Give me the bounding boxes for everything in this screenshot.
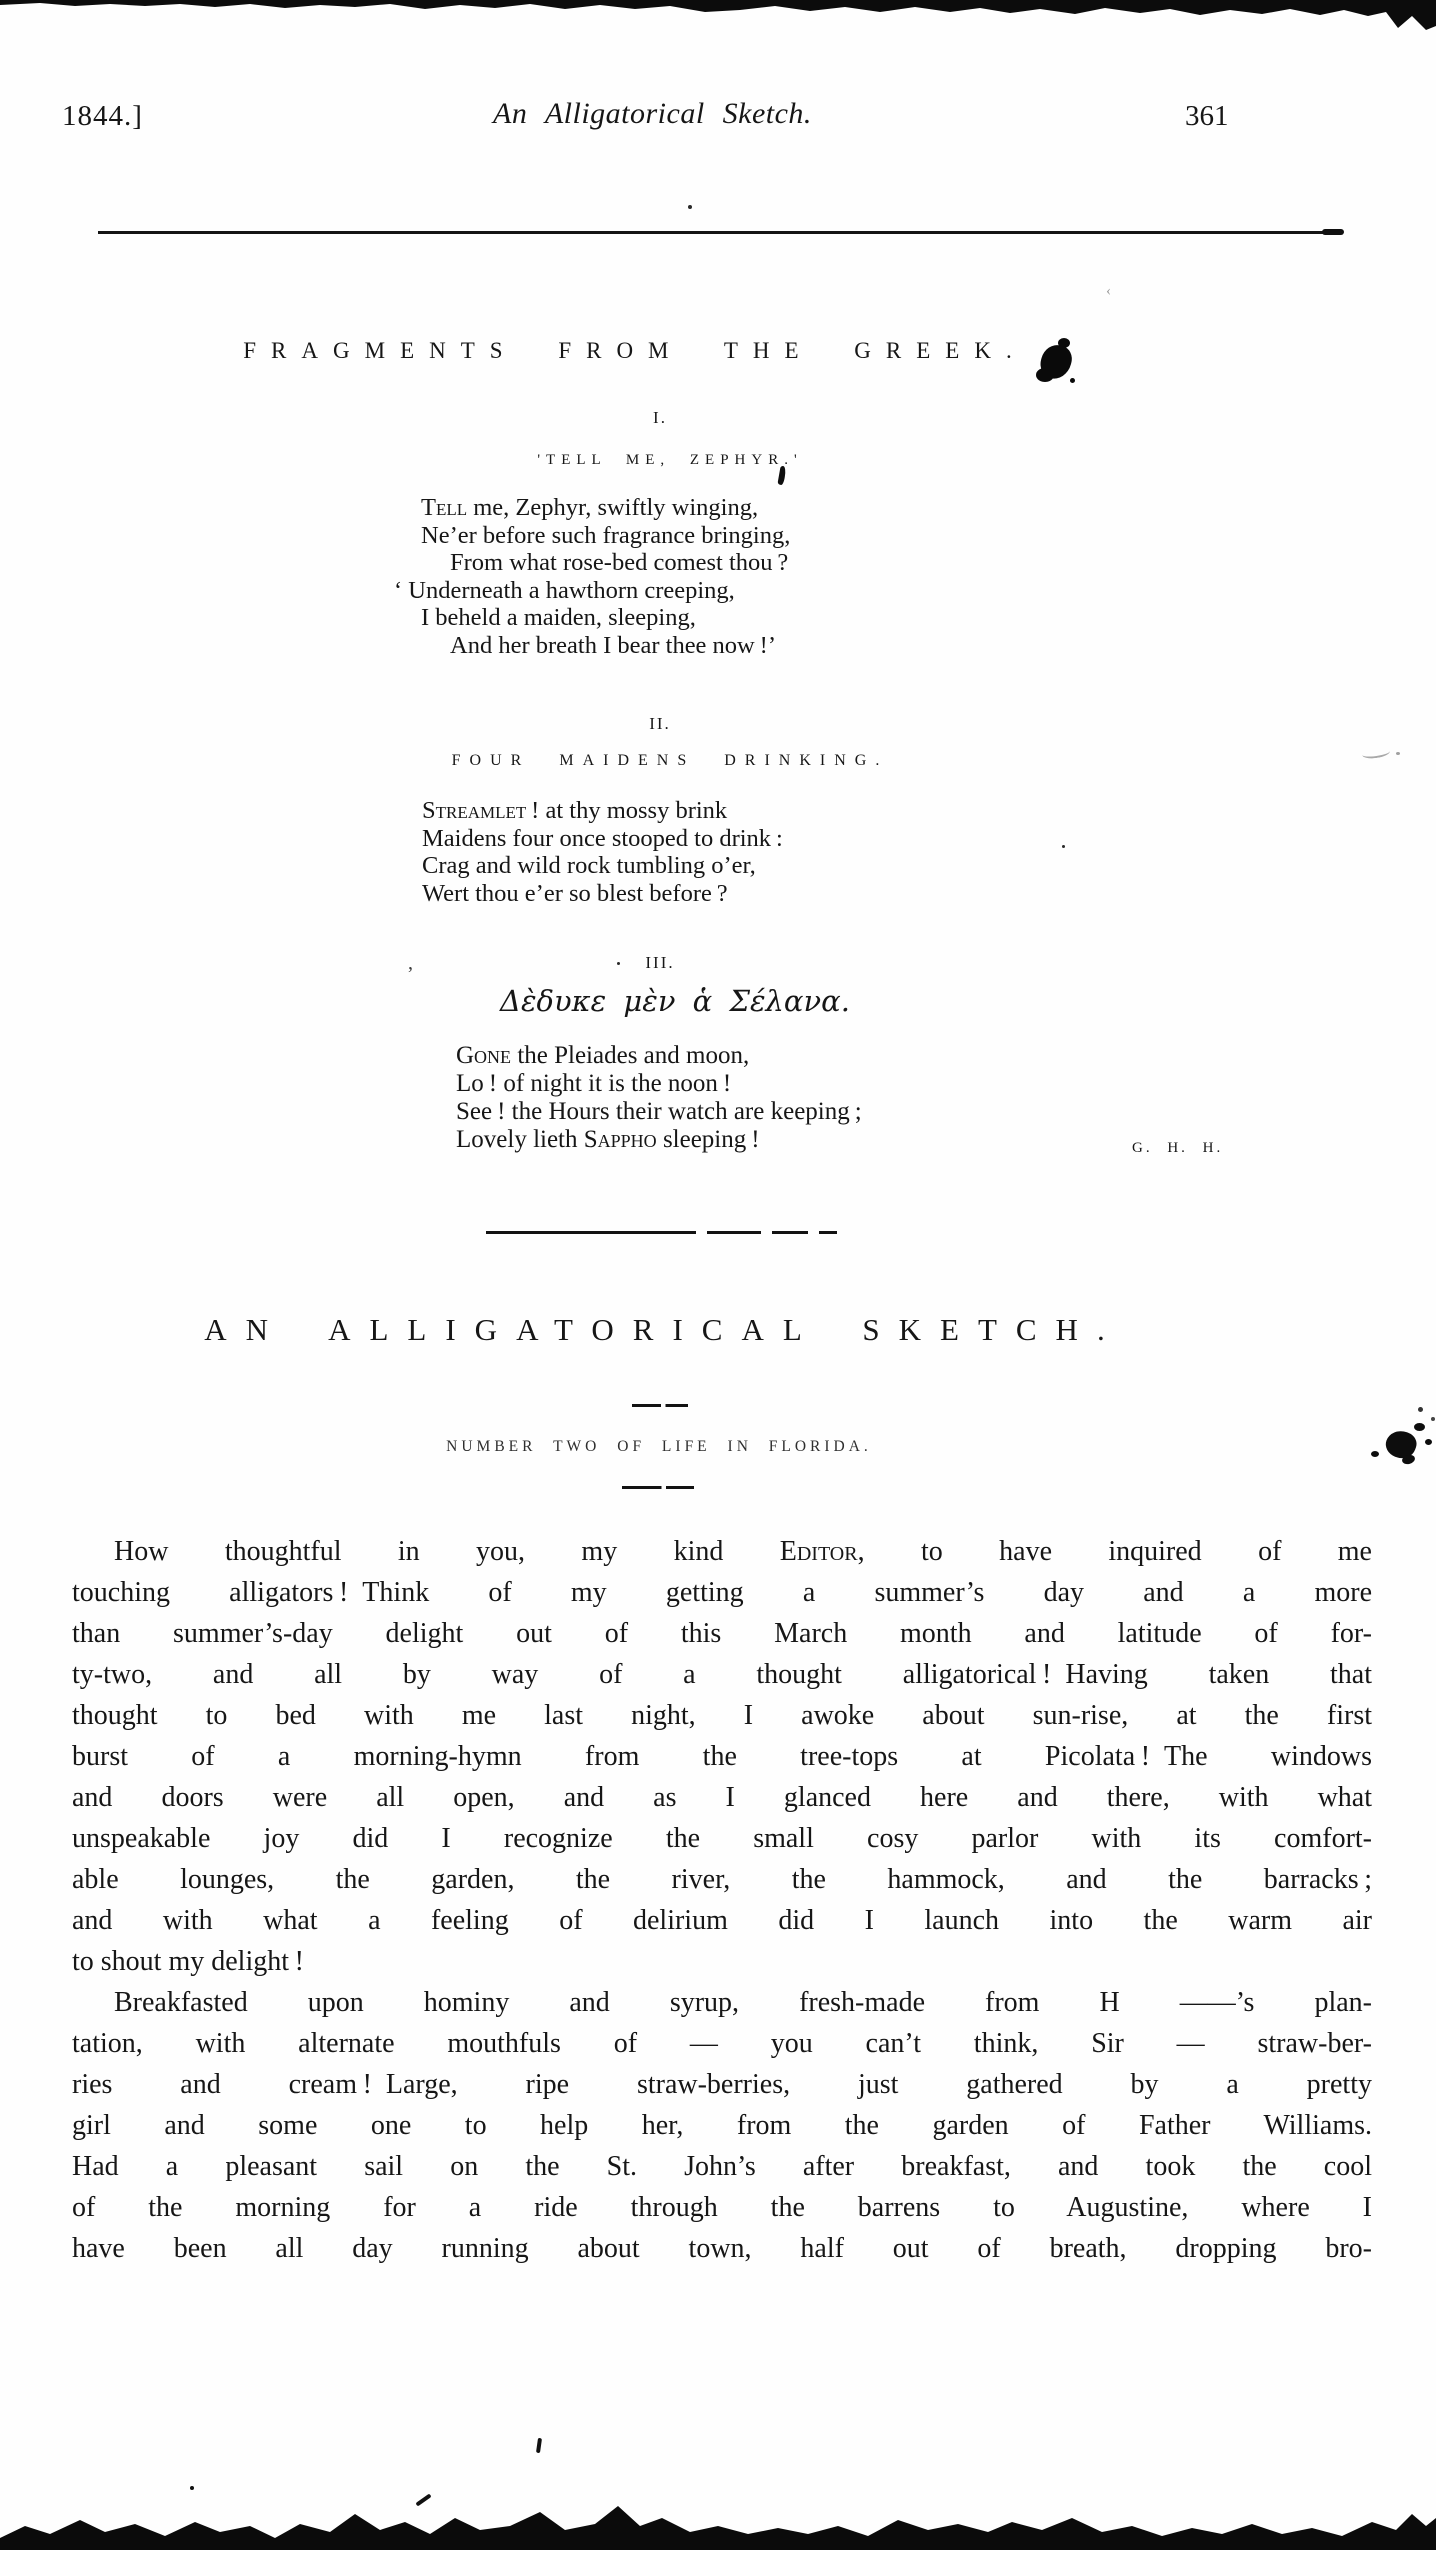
text-line: burst of a morning-hymn from the tree-to…: [72, 1736, 1372, 1777]
text-line: Lovely lieth Sappho sleeping !: [456, 1126, 862, 1154]
text-line: than summer’s-day delight out of this Ma…: [72, 1613, 1372, 1654]
ink-speck: [617, 962, 620, 965]
ink-speck: ‹: [1106, 283, 1111, 300]
ink-speck: [536, 2438, 542, 2453]
ink-speck: [1361, 746, 1390, 760]
text-line: able lounges, the garden, the river, the…: [72, 1859, 1372, 1900]
ink-speck: [1396, 752, 1400, 755]
ink-speck: [190, 2486, 194, 2490]
text-line: Gone the Pleiades and moon,: [456, 1042, 862, 1070]
section-caption: FOUR MAIDENS DRINKING.: [0, 752, 1340, 770]
text-line: ty-two, and all by way of a thought alli…: [72, 1654, 1372, 1695]
section-divider: [486, 1231, 848, 1234]
text-line: See ! the Hours their watch are keeping …: [456, 1098, 862, 1126]
header-rule: [98, 231, 1343, 234]
poem-four-maidens-drinking: Streamlet ! at thy mossy brinkMaidens fo…: [422, 797, 783, 907]
scanned-page: 1844.] An Alligatorical Sketch. 361 FRAG…: [0, 0, 1436, 2550]
text-line: ries and cream ! Large, ripe straw-berri…: [72, 2064, 1372, 2105]
page-number: 361: [1185, 100, 1229, 133]
fragments-title: FRAGMENTS FROM THE GREEK.: [150, 338, 1120, 364]
scan-edge-bottom: [0, 2494, 1436, 2550]
text-line: of the morning for a ride through the ba…: [72, 2187, 1372, 2228]
text-line: have been all day running about town, ha…: [72, 2228, 1372, 2269]
ink-speck: [688, 205, 692, 209]
ink-blot: [1036, 338, 1080, 390]
text-line: Had a pleasant sail on the St. John’s af…: [72, 2146, 1372, 2187]
text-line: tation, with alternate mouthfuls of — yo…: [72, 2023, 1372, 2064]
scan-edge-top: [0, 0, 1436, 34]
text-line: Ne’er before such fragrance bringing,: [421, 522, 790, 550]
author-initials: G. H. H.: [1132, 1140, 1223, 1157]
section-caption: 'TELL ME, ZEPHYR.': [0, 452, 1340, 469]
text-line: thought to bed with me last night, I awo…: [72, 1695, 1372, 1736]
ink-speck: [1322, 229, 1344, 235]
text-line: to shout my delight !: [72, 1941, 1372, 1982]
body-paragraph: Breakfasted upon hominy and syrup, fresh…: [72, 1982, 1372, 2269]
poem-gone-the-pleiades: Gone the Pleiades and moon,Lo ! of night…: [456, 1042, 862, 1154]
text-line: and with what a feeling of delirium did …: [72, 1900, 1372, 1941]
text-line: unspeakable joy did I recognize the smal…: [72, 1818, 1372, 1859]
text-line: Crag and wild rock tumbling o’er,: [422, 852, 783, 880]
text-line: and doors were all open, and as I glance…: [72, 1777, 1372, 1818]
text-line: And her breath I bear thee now !’: [450, 632, 790, 660]
subtitle-divider: [622, 1486, 694, 1489]
poem-tell-me-zephyr: Tell me, Zephyr, swiftly winging,Ne’er b…: [421, 494, 790, 659]
ink-speck: [415, 2493, 431, 2506]
text-line: touching alligators ! Think of my gettin…: [72, 1572, 1372, 1613]
article-title: AN ALLIGATORICAL SKETCH.: [0, 1312, 1368, 1348]
text-line: Breakfasted upon hominy and syrup, fresh…: [72, 1982, 1372, 2023]
text-line: ‘ Underneath a hawthorn creeping,: [394, 577, 790, 605]
ink-smudge: [1366, 1405, 1436, 1475]
text-line: Tell me, Zephyr, swiftly winging,: [421, 494, 790, 522]
text-line: girl and some one to help her, from the …: [72, 2105, 1372, 2146]
running-title: An Alligatorical Sketch.: [380, 97, 925, 131]
text-line: How thoughtful in you, my kind Editor, t…: [72, 1531, 1372, 1572]
text-line: Maidens four once stooped to drink :: [422, 825, 783, 853]
ink-speck: [1062, 845, 1065, 848]
text-line: I beheld a maiden, sleeping,: [421, 604, 790, 632]
greek-caption: Δὲδυκε μὲν ἁ Σέλανα.: [0, 984, 1350, 1018]
text-line: Wert thou e’er so blest before ?: [422, 880, 783, 908]
article-subtitle: NUMBER TWO OF LIFE IN FLORIDA.: [0, 1438, 1318, 1456]
text-line: From what rose-bed comest thou ?: [450, 549, 790, 577]
text-line: Streamlet ! at thy mossy brink: [422, 797, 783, 825]
section-numeral: I.: [0, 408, 1320, 428]
section-numeral: II.: [0, 714, 1320, 734]
body-paragraph: How thoughtful in you, my kind Editor, t…: [72, 1531, 1372, 1982]
text-line: Lo ! of night it is the noon !: [456, 1070, 862, 1098]
header-year: 1844.]: [62, 100, 143, 133]
title-divider: [632, 1404, 688, 1407]
section-numeral: III.: [0, 953, 1320, 973]
